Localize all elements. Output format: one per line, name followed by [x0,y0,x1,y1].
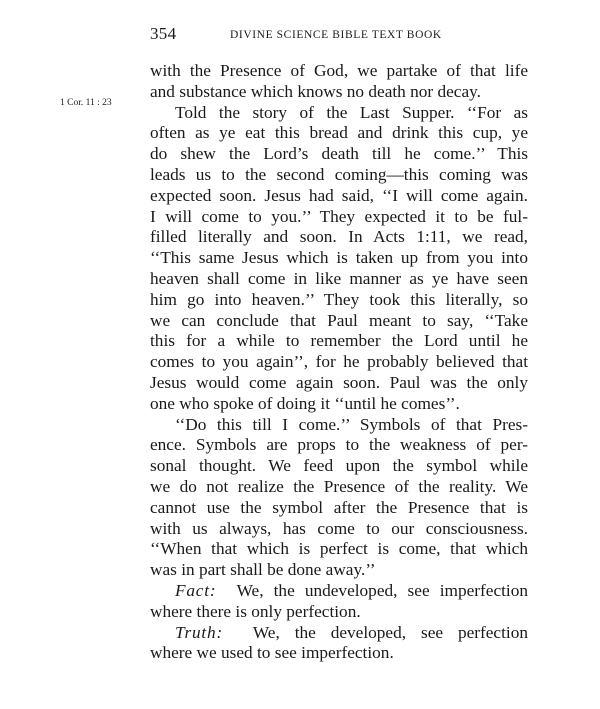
fact-text: We, the undeveloped, see imperfection [237,581,528,600]
text-line: him go into heaven.’’ They took this lit… [150,290,528,311]
running-title-text: DIVINE SCIENCE BIBLE TEXT BOOK [230,29,442,41]
text-line: I will come to you.’’ They expected it t… [150,207,528,228]
paragraph-fact: Fact: We, the undeveloped, see imperfect… [150,581,528,623]
text-line: ‘‘Do this till I come.’’ Symbols of that… [150,415,528,436]
truth-label: Truth: [175,623,223,642]
running-title: DIVINE SCIENCE BIBLE TEXT BOOK [230,27,442,42]
text-line: ence. Symbols are props to the weakness … [150,435,528,456]
paragraph-last-supper: Told the story of the Last Supper. ‘‘For… [150,103,528,415]
text-line: often as ye eat this bread and drink thi… [150,123,528,144]
text-line: expected soon. Jesus had said, ‘‘I will … [150,186,528,207]
truth-text: We, the developed, see perfection [253,623,528,642]
text-line: with the Presence of God, we partake of … [150,61,528,82]
text-line: comes to you again’’, for he probably be… [150,352,528,373]
text-line: where we used to see imperfection. [150,643,528,664]
book-page: 354 DIVINE SCIENCE BIBLE TEXT BOOK 1 Cor… [0,0,600,709]
text-line: Fact: We, the undeveloped, see imperfect… [150,581,528,602]
paragraph-symbols: ‘‘Do this till I come.’’ Symbols of that… [150,415,528,581]
text-line: sonal thought. We feed upon the symbol w… [150,456,528,477]
paragraph-continuation: with the Presence of God, we partake of … [150,61,528,103]
text-line: we do not realize the Presence of the re… [150,477,528,498]
text-line: ‘‘When that which is perfect is come, th… [150,539,528,560]
text-line: one who spoke of doing it ‘‘until he com… [150,394,528,415]
text-line: leads us to the second coming—this comin… [150,165,528,186]
text-line: ‘‘This same Jesus which is taken up from… [150,248,528,269]
fact-label: Fact: [175,581,216,600]
text-line: with us always, has come to our consciou… [150,519,528,540]
body-text: with the Presence of God, we partake of … [150,61,528,664]
text-line: was in part shall be done away.’’ [150,560,528,581]
text-line: filled literally and soon. In Acts 1:11,… [150,227,528,248]
paragraph-truth: Truth: We, the developed, see perfection… [150,623,528,665]
text-line: we can conclude that Paul meant to say, … [150,311,528,332]
text-line: and substance which knows no death nor d… [150,82,528,103]
text-line: Truth: We, the developed, see perfection [150,623,528,644]
text-line: Jesus would come again soon. Paul was th… [150,373,528,394]
text-line: Told the story of the Last Supper. ‘‘For… [150,103,528,124]
text-line: do shew the Lord’s death till he come.’’… [150,144,528,165]
text-line: heaven shall come in like manner as ye h… [150,269,528,290]
text-line: where there is only perfection. [150,602,528,623]
text-line: cannot use the symbol after the Presence… [150,498,528,519]
margin-note-scripture-reference: 1 Cor. 11 : 23 [60,98,112,108]
page-number: 354 [150,24,176,44]
text-line: this for a while to remember the Lord un… [150,331,528,352]
running-head: 354 DIVINE SCIENCE BIBLE TEXT BOOK [148,24,528,46]
